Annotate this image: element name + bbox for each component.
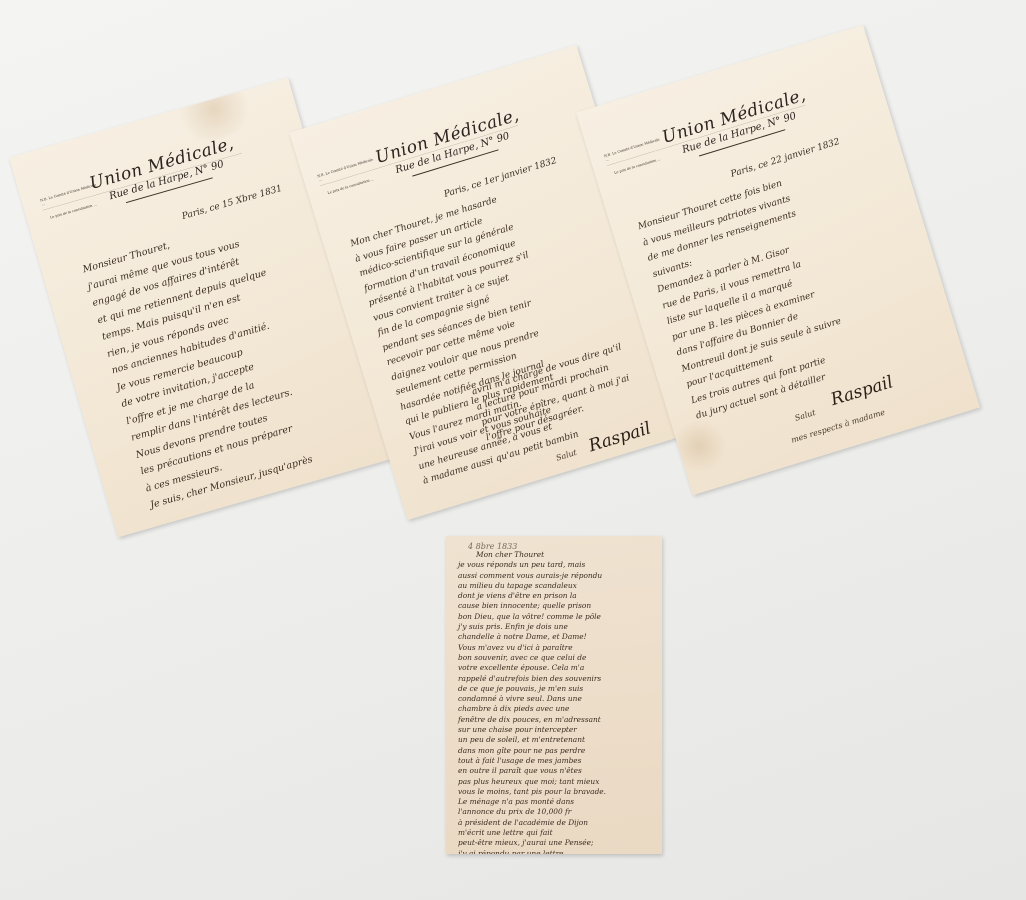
closing: Salut et fraternité bbox=[224, 487, 297, 516]
line: Le ménage n'a pas monté dans bbox=[458, 797, 606, 807]
line: Vous m'avez vu d'ici à paraître bbox=[458, 643, 606, 653]
letter-date: Paris, ce 15 Xbre 1831 bbox=[181, 184, 283, 222]
signature: Raspail bbox=[586, 418, 653, 456]
line: en outre il paraît que vous n'êtes bbox=[458, 766, 606, 776]
letter-body: Mon cher Thouret, je me hasarde à vous f… bbox=[349, 189, 586, 490]
salutation: Mon cher Thouret bbox=[458, 550, 606, 560]
line: j'y suis pris. Enfin je dois une bbox=[458, 622, 606, 632]
line: chandelle à notre Dame, et Dame! bbox=[458, 632, 606, 642]
closing: Salut bbox=[794, 408, 817, 423]
letter-body: Monsieur Thouret cette fois bien à vous … bbox=[636, 171, 858, 425]
line: un peu de soleil, et m'entretenant bbox=[458, 735, 606, 745]
signature: Raspail bbox=[281, 489, 348, 526]
letter-body: Mon cher Thouret je vous réponds un peu … bbox=[458, 550, 606, 854]
letter-4: 4 8bre 1833 Mon cher Thouret je vous rép… bbox=[446, 536, 662, 854]
letter-body: Monsieur Thouret, j'aurai même que vous … bbox=[81, 214, 322, 515]
line: cause bien innocente; quelle prison bbox=[458, 601, 606, 611]
line: rappelé d'autrefois bien des souvenirs bbox=[458, 674, 606, 684]
line: de ce que je pouvais, je m'en suis bbox=[458, 684, 606, 694]
line: j'y ai répondu par une lettre bbox=[458, 849, 606, 854]
line: l'annonce du prix de 10,000 fr bbox=[458, 807, 606, 817]
line: à président de l'académie de Dijon bbox=[458, 818, 606, 828]
line: vous le moins, tant pis pour la bravade. bbox=[458, 787, 606, 797]
line: au milieu du tapage scandaleux bbox=[458, 581, 606, 591]
line: chambre à dix pieds avec une bbox=[458, 704, 606, 714]
line: dont je viens d'être en prison la bbox=[458, 591, 606, 601]
line: bon souvenir, avec ce que celui de bbox=[458, 653, 606, 663]
line: m'écrit une lettre qui fait bbox=[458, 828, 606, 838]
line: pas plus heureux que moi; tant mieux bbox=[458, 777, 606, 787]
line: aussi comment vous aurais-je répondu bbox=[458, 571, 606, 581]
line: tout à fait l'usage de mes jambes bbox=[458, 756, 606, 766]
line: votre excellente épouse. Cela m'a bbox=[458, 663, 606, 673]
line: sur une chaise pour intercepter bbox=[458, 725, 606, 735]
line: bon Dieu, que la vôtre! comme le pôle bbox=[458, 612, 606, 622]
closing: Salut bbox=[555, 448, 578, 463]
line: fenêtre de dix pouces, en m'adressant bbox=[458, 715, 606, 725]
line: peut-être mieux, j'aurai une Pensée; bbox=[458, 838, 606, 848]
line: je vous réponds un peu tard, mais bbox=[458, 560, 606, 570]
line: dans mon gîte pour ne pas perdre bbox=[458, 746, 606, 756]
line: condamné à vivre seul. Dans une bbox=[458, 694, 606, 704]
